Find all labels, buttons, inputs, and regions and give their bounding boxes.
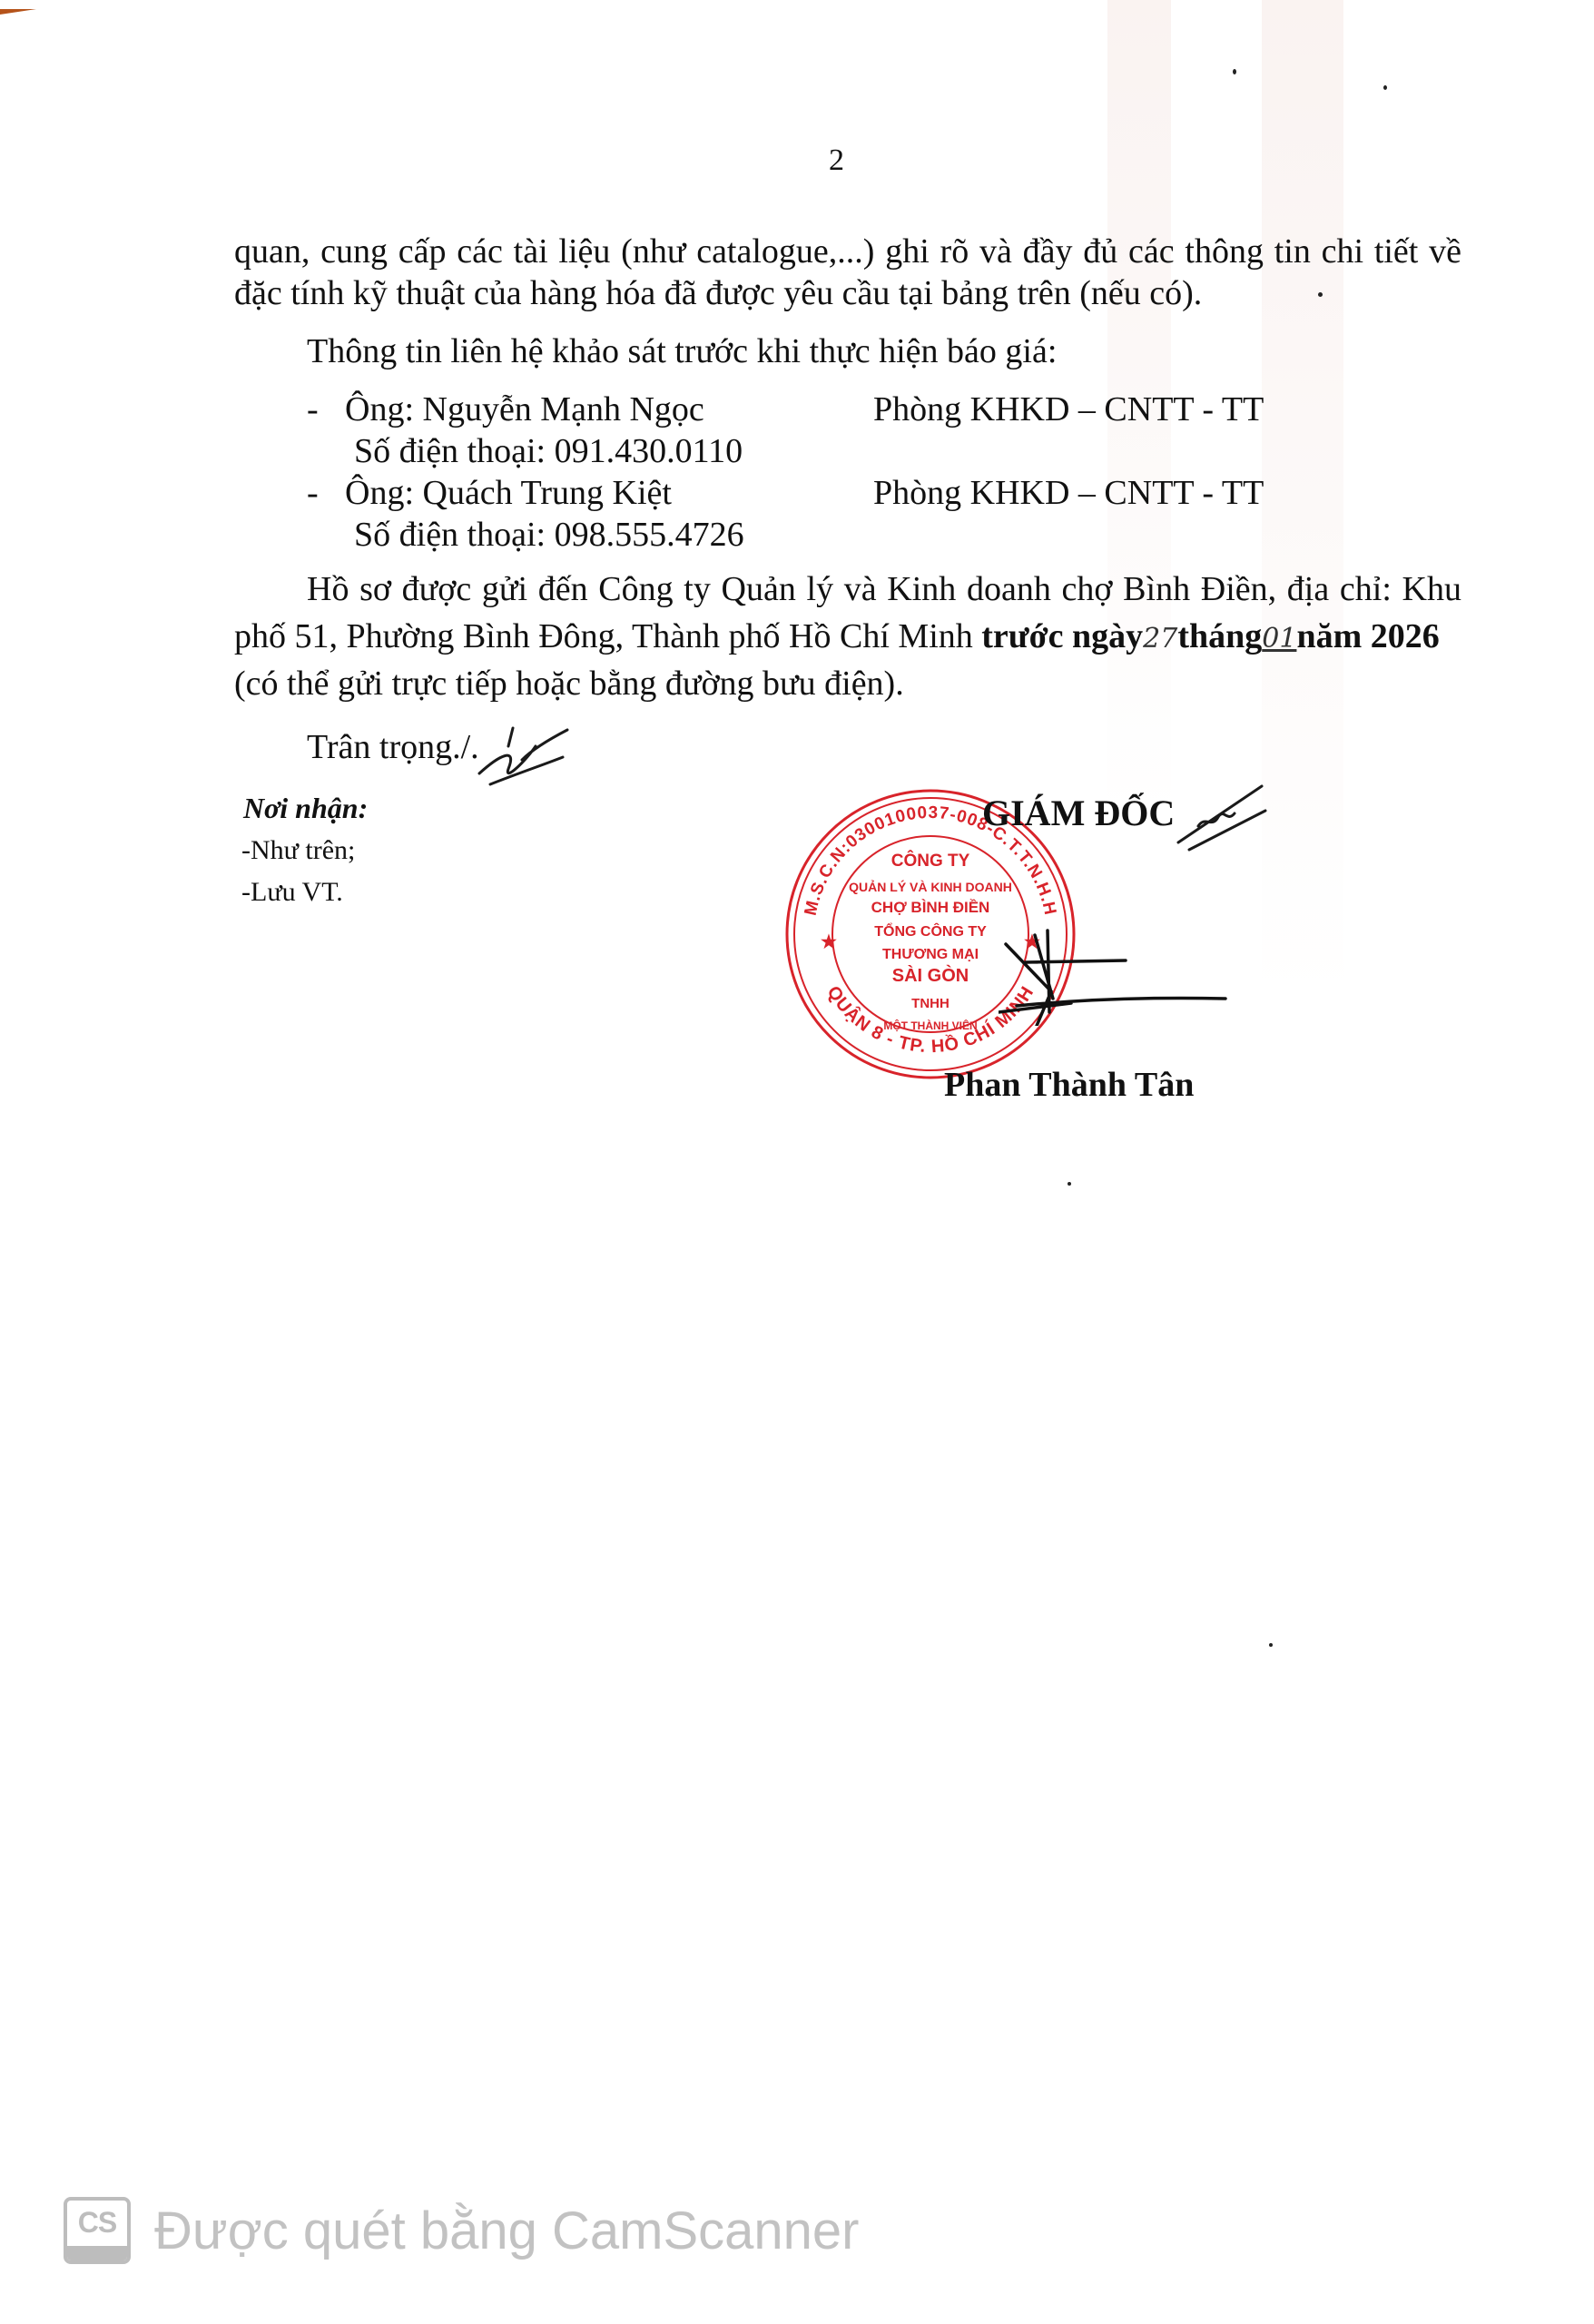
svg-text:MỘT THÀNH VIÊN: MỘT THÀNH VIÊN — [883, 1019, 977, 1032]
contact-bullet: - — [307, 476, 319, 510]
paragraph-2-line-3: (có thể gửi trực tiếp hoặc bằng đường bư… — [234, 666, 904, 701]
contact-name: Ông: Quách Trung Kiệt — [345, 476, 672, 510]
paragraph-1-line-1: quan, cung cấp các tài liệu (như catalog… — [234, 234, 1461, 269]
paragraph-1-line-2: đặc tính kỹ thuật của hàng hóa đã được y… — [234, 276, 1202, 310]
paragraph-2-line-2: phố 51, Phường Bình Đông, Thành phố Hồ C… — [234, 619, 1440, 654]
speck — [1269, 1643, 1273, 1647]
svg-text:★: ★ — [821, 932, 837, 952]
page-number: 2 — [829, 143, 844, 178]
camscanner-watermark: CS Được quét bằng CamScanner — [64, 2197, 860, 2264]
address-text: phố 51, Phường Bình Đông, Thành phố Hồ C… — [234, 617, 981, 655]
recipient-item: -Như trên; — [241, 837, 355, 864]
contact-department: Phòng KHKD – CNTT - TT — [873, 476, 1264, 510]
title-initials-icon — [1171, 779, 1271, 852]
closing-text: Trân trọng./. — [307, 730, 479, 764]
handwritten-month: 01 — [1262, 623, 1296, 655]
svg-text:THƯƠNG MẠI: THƯƠNG MẠI — [882, 947, 979, 962]
scan-corner-mark — [0, 9, 36, 15]
deadline-prefix: trước ngày — [981, 617, 1143, 655]
initials-signature-icon — [472, 719, 572, 792]
speck — [1068, 1182, 1071, 1186]
signatory-name: Phan Thành Tân — [944, 1068, 1194, 1102]
deadline-month-label: tháng — [1177, 617, 1262, 655]
handwritten-day: 27 — [1143, 623, 1177, 655]
contact-name: Ông: Nguyễn Mạnh Ngọc — [345, 392, 704, 427]
scan-streak — [1262, 0, 1343, 999]
camscanner-logo-icon: CS — [64, 2197, 131, 2264]
recipient-item: -Lưu VT. — [241, 879, 343, 906]
paragraph-2-line-1: Hồ sơ được gửi đến Công ty Quản lý và Ki… — [307, 572, 1461, 606]
svg-text:QUẢN LÝ VÀ KINH DOANH: QUẢN LÝ VÀ KINH DOANH — [849, 879, 1012, 894]
contact-phone: Số điện thoại: 091.430.0110 — [354, 434, 743, 468]
svg-text:CHỢ BÌNH ĐIỀN: CHỢ BÌNH ĐIỀN — [871, 899, 990, 916]
signatory-title: GIÁM ĐỐC — [982, 795, 1175, 832]
speck — [1318, 292, 1323, 297]
contact-bullet: - — [307, 392, 319, 427]
contact-intro: Thông tin liên hệ khảo sát trước khi thự… — [307, 334, 1057, 369]
deadline-year: năm 2026 — [1296, 617, 1439, 655]
svg-text:CÔNG TY: CÔNG TY — [891, 851, 970, 871]
contact-phone: Số điện thoại: 098.555.4726 — [354, 517, 744, 552]
svg-text:TNHH: TNHH — [911, 996, 950, 1011]
director-signature-icon — [999, 926, 1235, 1026]
speck — [1233, 69, 1236, 74]
svg-text:TỔNG CÔNG TY: TỔNG CÔNG TY — [874, 922, 987, 940]
recipients-heading: Nơi nhận: — [243, 793, 368, 822]
watermark-text: Được quét bằng CamScanner — [154, 2201, 860, 2261]
contact-department: Phòng KHKD – CNTT - TT — [873, 392, 1264, 427]
speck — [1383, 85, 1387, 90]
svg-text:SÀI GÒN: SÀI GÒN — [892, 964, 969, 986]
